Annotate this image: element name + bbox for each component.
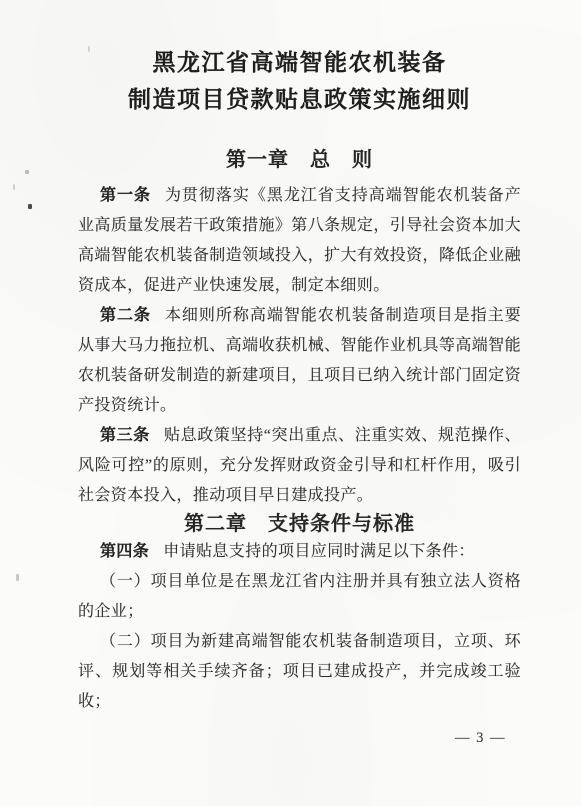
document-title-line-2: 制造项目贷款贴息政策实施细则: [78, 81, 521, 118]
article-1-label: 第一条: [100, 187, 151, 204]
chapter-2-heading: 第二章 支持条件与标准: [78, 513, 521, 535]
article-2-paragraph: 第二条本细则所称高端智能农机装备制造项目是指主要从事大马力拖拉机、高端收获机械、…: [78, 301, 521, 421]
article-1-paragraph: 第一条为贯彻落实《黑龙江省支持高端智能农机装备产业高质量发展若干政策措施》第八条…: [78, 181, 521, 301]
article-4-text: 申请贴息支持的项目应同时满足以下条件：: [163, 543, 475, 560]
chapter-1-heading: 第一章 总 则: [78, 149, 521, 171]
scan-speck: [28, 204, 32, 209]
scanned-document-page: 黑龙江省高端智能农机装备 制造项目贷款贴息政策实施细则 第一章 总 则 第一条为…: [0, 0, 581, 806]
article-4-paragraph: 第四条申请贴息支持的项目应同时满足以下条件：: [78, 537, 521, 567]
scan-speck: [16, 574, 19, 581]
document-content: 黑龙江省高端智能农机装备 制造项目贷款贴息政策实施细则 第一章 总 则 第一条为…: [0, 0, 581, 747]
article-2-label: 第二条: [100, 307, 151, 324]
scan-speck: [25, 170, 29, 174]
document-title-line-1: 黑龙江省高端智能农机装备: [78, 44, 521, 81]
scan-speck: [13, 184, 15, 190]
condition-item-2: （二）项目为新建高端智能农机装备制造项目，立项、环评、规划等相关手续齐备；项目已…: [78, 627, 521, 717]
page-number: — 3 —: [78, 730, 521, 747]
scan-speck: [88, 46, 90, 52]
document-title: 黑龙江省高端智能农机装备 制造项目贷款贴息政策实施细则: [78, 44, 521, 118]
article-4-label: 第四条: [100, 543, 149, 560]
condition-item-1: （一）项目单位是在黑龙江省内注册并具有独立法人资格的企业；: [78, 567, 521, 627]
article-3-label: 第三条: [100, 427, 150, 444]
article-3-paragraph: 第三条贴息政策坚持“突出重点、注重实效、规范操作、风险可控”的原则，充分发挥财政…: [78, 421, 521, 511]
